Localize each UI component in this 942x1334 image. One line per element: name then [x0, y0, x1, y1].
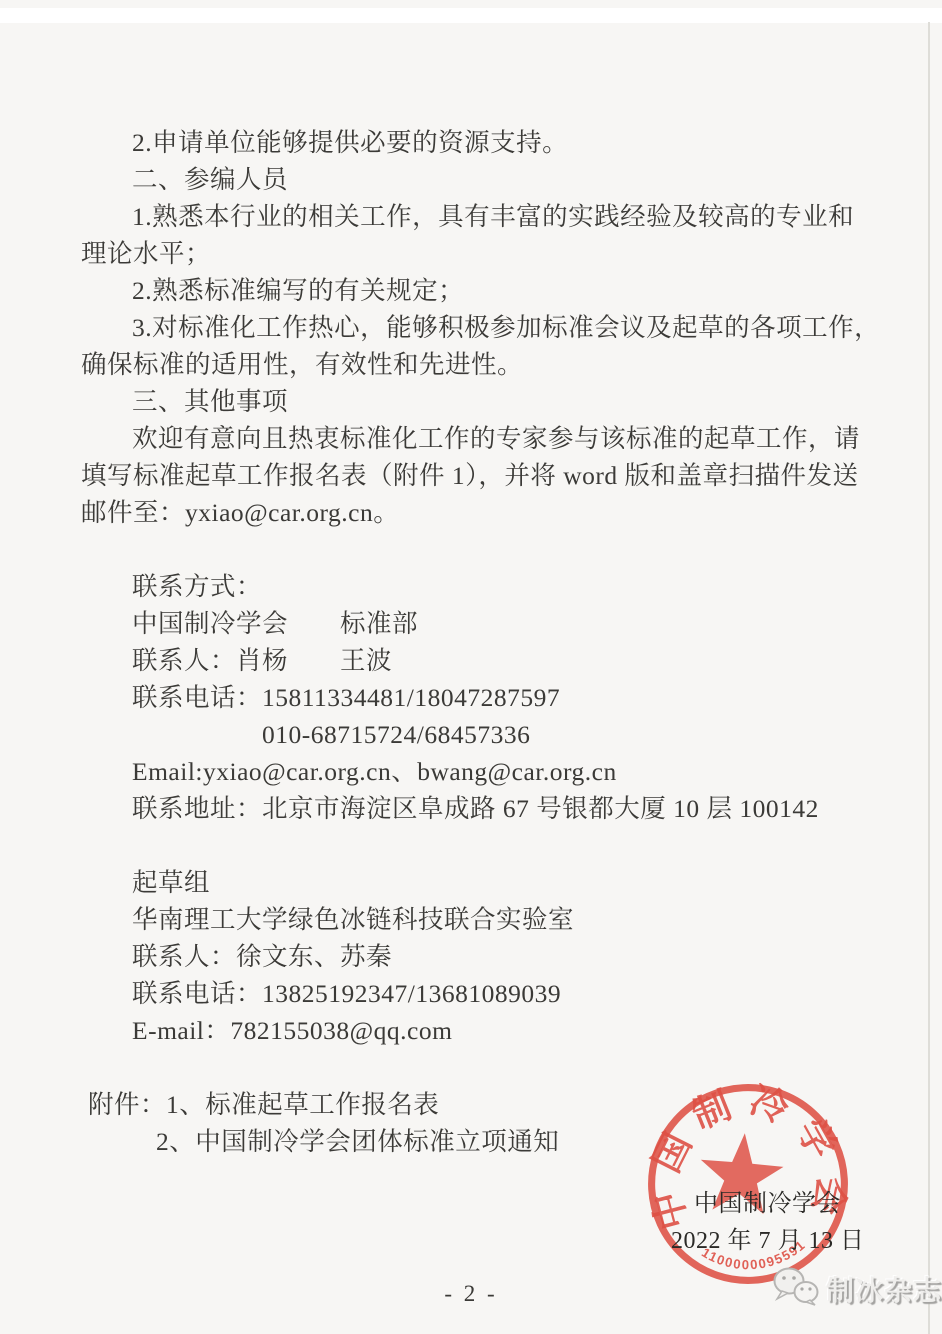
doc-line: 2.熟悉标准编写的有关规定； [81, 272, 881, 309]
seal-authority-name: 中国制冷学会 [694, 1183, 841, 1218]
doc-blank-line [81, 827, 881, 864]
document-page: 2.申请单位能够提供必要的资源支持。 二、参编人员 1.熟悉本行业的相关工作，具… [0, 0, 942, 1334]
document-body: 2.申请单位能够提供必要的资源支持。 二、参编人员 1.熟悉本行业的相关工作，具… [81, 124, 881, 1160]
doc-line-attachments: 2、中国制冷学会团体标准立项通知 [81, 1123, 881, 1160]
doc-blank-line [81, 531, 881, 568]
doc-line-attachments: 附件：1、标准起草工作报名表 [81, 1086, 881, 1123]
watermark: 制冰杂志 [772, 1266, 942, 1311]
doc-line: 起草组 [81, 864, 881, 901]
doc-line: 三、其他事项 [81, 383, 881, 420]
doc-line: E-mail：782155038@qq.com [81, 1012, 881, 1049]
wechat-icon [772, 1266, 820, 1311]
scan-page-edge-line [928, 22, 930, 1334]
doc-line: 理论水平； [81, 235, 881, 272]
doc-line: 填写标准起草工作报名表（附件 1），并将 word 版和盖章扫描件发送 [81, 457, 881, 494]
doc-line: 010-68715724/68457336 [81, 716, 881, 753]
doc-line: 邮件至：yxiao@car.org.cn。 [81, 494, 881, 531]
doc-line: 联系方式： [81, 568, 881, 605]
doc-line: 二、参编人员 [81, 161, 881, 198]
watermark-label: 制冰杂志 [826, 1269, 942, 1309]
doc-line: 确保标准的适用性，有效性和先进性。 [81, 346, 881, 383]
doc-line: 3.对标准化工作热心，能够积极参加标准会议及起草的各项工作， [81, 309, 881, 346]
doc-line: 中国制冷学会 标准部 [81, 605, 881, 642]
doc-line: Email:yxiao@car.org.cn、bwang@car.org.cn [81, 753, 881, 790]
doc-line: 华南理工大学绿色冰链科技联合实验室 [81, 901, 881, 938]
seal-date: 2022 年 7 月 13 日 [671, 1220, 865, 1255]
doc-line: 欢迎有意向且热衷标准化工作的专家参与该标准的起草工作，请 [81, 420, 881, 457]
doc-line: 联系电话：13825192347/13681089039 [81, 975, 881, 1012]
doc-line: 联系人：徐文东、苏秦 [81, 938, 881, 975]
doc-line: 1.熟悉本行业的相关工作，具有丰富的实践经验及较高的专业和 [81, 198, 881, 235]
scan-artifact-top-band [0, 8, 942, 23]
doc-line: 2.申请单位能够提供必要的资源支持。 [81, 124, 881, 161]
doc-blank-line [81, 1049, 881, 1086]
doc-line: 联系电话：15811334481/18047287597 [81, 679, 881, 716]
doc-line: 联系地址：北京市海淀区阜成路 67 号银都大厦 10 层 100142 [81, 790, 881, 827]
doc-line: 联系人：肖杨 王波 [81, 642, 881, 679]
